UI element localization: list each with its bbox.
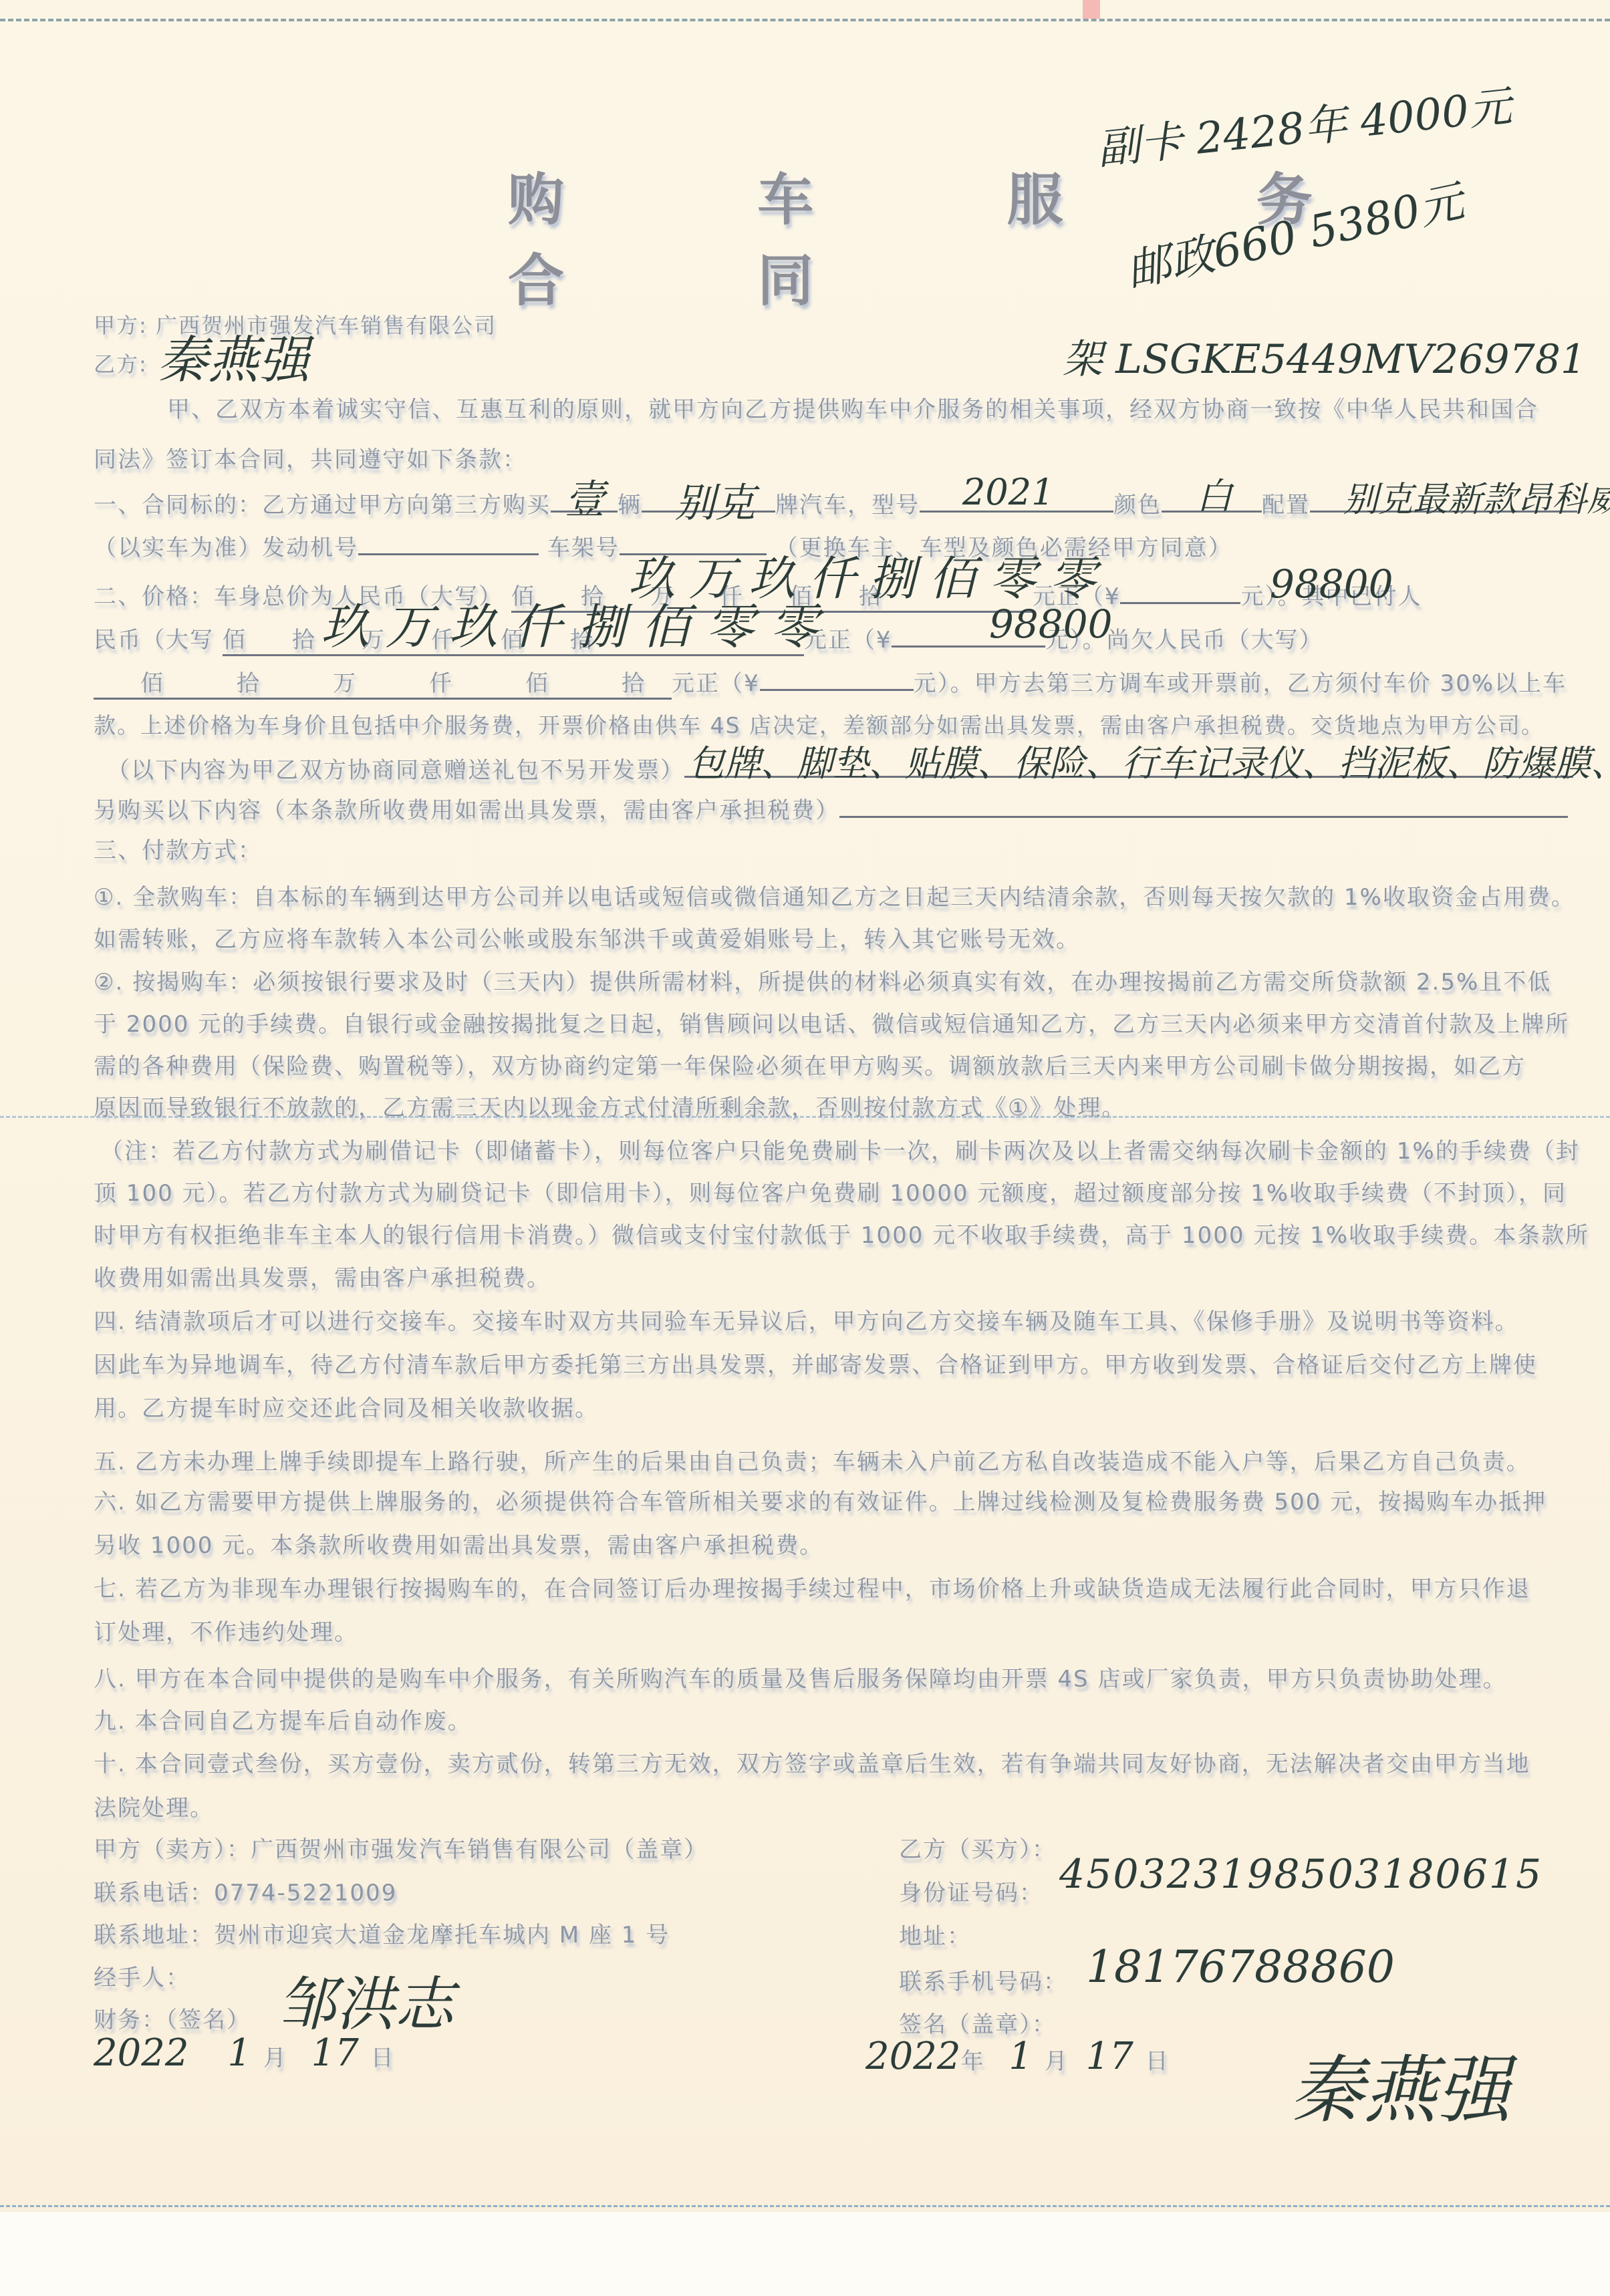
color-value: 白: [1196, 468, 1232, 519]
party-b-label: 乙方:: [94, 347, 148, 378]
clause-3-line: ①. 全款购车：自本标的车辆到达甲方公司并以电话或短信或微信通知乙方之日起三天内…: [94, 879, 1575, 911]
clause-line: 四. 结清款项后才可以进行交接车。交接车时双方共同验车无异议后，甲方向乙方交接车…: [94, 1303, 1519, 1336]
vin-number: 架 LSGKE5449MV269781: [1063, 327, 1586, 385]
clause-line: 六. 如乙方需要甲方提供上牌服务的，必须提供符合车管所相关要求的有效证件。上牌过…: [94, 1483, 1547, 1516]
sign-label: 签名（盖章）：: [899, 2006, 1056, 2039]
seller-line: 甲方（卖方）：广西贺州市强发汽车销售有限公司（盖章）: [94, 1831, 708, 1864]
id-number: 450323198503180615: [1059, 1851, 1542, 1898]
mobile-label: 联系手机号码：: [899, 1963, 1067, 1996]
model-value: 2021: [962, 471, 1054, 513]
clause-3-line: 如需转账，乙方应将车款转入本公司公帐或股东邹洪千或黄爱娟账号上，转入其它账号无效…: [94, 921, 1080, 954]
note-line: 顶 100 元）。若乙方付款方式为刷贷记卡（即信用卡），则每位客户免费刷 100…: [94, 1175, 1567, 1207]
total-price-amount: 98800: [1270, 561, 1393, 607]
preamble-line-2: 同法》签订本合同，共同遵守如下条款：: [94, 441, 527, 474]
finance-signature: 邹洪志: [277, 1958, 454, 2042]
finance-label: 财务：（签名）: [94, 2001, 251, 2034]
address-label: 地址：: [899, 1918, 971, 1951]
clause-line: 因此车为异地调车，待乙方付清车款后甲方委托第三方出具发票，并邮寄发票、合格证到甲…: [94, 1346, 1537, 1379]
scanner-background: [0, 2212, 1610, 2296]
gift-items: 包牌、脚垫、贴膜、保险、行车记录仪、挡泥板、防爆膜、脚垫、: [688, 735, 1610, 786]
quantity-value: 壹: [565, 468, 605, 525]
clause-3-line: ②. 按揭购车：必须按银行要求及时（三天内）提供所需材料，所提供的材料必须真实有…: [94, 964, 1551, 996]
clause-line: 五. 乙方未办理上牌手续即提车上路行驶，所产生的后果由自己负责；车辆未入户前乙方…: [94, 1443, 1530, 1476]
note-line: （注：若乙方付款方式为刷借记卡（即储蓄卡），则每位客户只能免费刷卡一次，刷卡两次…: [100, 1133, 1580, 1165]
engine-number-field[interactable]: [358, 553, 539, 555]
note-line: 时甲方有权拒绝非车主本人的银行信用卡消费。）微信或支付宝付款低于 1000 元不…: [94, 1217, 1589, 1250]
clause-3-heading: 三、付款方式：: [94, 832, 262, 865]
party-b-name: 秦燕强: [157, 319, 309, 392]
perforation-bottom: [0, 2205, 1610, 2211]
clause-3-line: 原因而导致银行不放款的，乙方需三天内以现金方式付清所剩余款，否则按付款方式《①》…: [94, 1089, 1125, 1122]
seller-date: 2022 1 月 17 日: [94, 2031, 394, 2075]
brand-value: 别克: [675, 471, 755, 529]
party-a-label: 甲方:: [94, 313, 148, 338]
handler-label: 经手人：: [94, 1959, 190, 1992]
id-label: 身份证号码：: [899, 1874, 1043, 1907]
clause-line: 九. 本合同自乙方提车后自动作废。: [94, 1703, 472, 1735]
paid-price-amount: 98800: [989, 601, 1113, 647]
clause-line: 法院处理。: [94, 1789, 214, 1822]
paid-price-upper: 玖万玖仟捌佰零零: [321, 588, 834, 658]
clause-line: 七. 若乙方为非现车办理银行按揭购车的，在合同签订后办理按揭手续过程中，市场价格…: [94, 1570, 1530, 1603]
owed-amount-field[interactable]: [760, 689, 914, 691]
clause-line: 八. 甲方在本合同中提供的是购车中介服务，有关所购汽车的质量及售后服务保障均由开…: [94, 1661, 1506, 1693]
seller-phone: 联系电话：0774-5221009: [94, 1874, 397, 1907]
clause-2-line-3: 佰拾万仟佰拾 元正（¥元）。甲方去第三方调车或开票前，乙方须付车价 30%以上车: [94, 665, 1567, 700]
buyer-signature: 秦燕强: [1290, 2031, 1510, 2137]
clause-line: 十. 本合同壹式叁份，买方壹份，卖方贰份，转第三方无效，双方签字或盖章后生效，若…: [94, 1745, 1530, 1778]
extra-purchase-line: 另购买以下内容（本条款所收费用如需出具发票，需由客户承担税费）: [94, 792, 1568, 825]
preamble-line-1: 甲、乙双方本着诚实守信、互惠互利的原则，就甲方向乙方提供购车中介服务的相关事项，…: [167, 391, 1538, 424]
mobile-number: 18176788860: [1086, 1941, 1395, 1993]
seller-address: 联系地址：贺州市迎宾大道金龙摩托车城内 M 座 1 号: [94, 1916, 670, 1949]
clause-line: 另收 1000 元。本条款所收费用如需出具发票，需由客户承担税费。: [94, 1527, 823, 1560]
extra-items-field[interactable]: [839, 816, 1568, 818]
perforation-top: [0, 15, 1610, 21]
config-value: 别克最新款昂科威精英: [1343, 471, 1610, 521]
clause-line: 订处理，不作违约处理。: [94, 1614, 358, 1646]
clause-3-line: 需的各种费用（保险费、购置税等），双方协商约定第一年保险必须在甲方购买。调额放款…: [94, 1048, 1526, 1081]
clause-3-line: 于 2000 元的手续费。自银行或金融按揭批复之日起，销售顾问以电话、微信或短信…: [94, 1006, 1569, 1038]
buyer-label: 乙方（买方）：: [899, 1831, 1056, 1864]
buyer-date: 2022年 1 月 17 日: [865, 2035, 1168, 2078]
note-line: 收费用如需出具发票，需由客户承担税费。: [94, 1260, 551, 1292]
clause-line: 用。乙方提车时应交还此合同及相关收款收据。: [94, 1390, 599, 1423]
